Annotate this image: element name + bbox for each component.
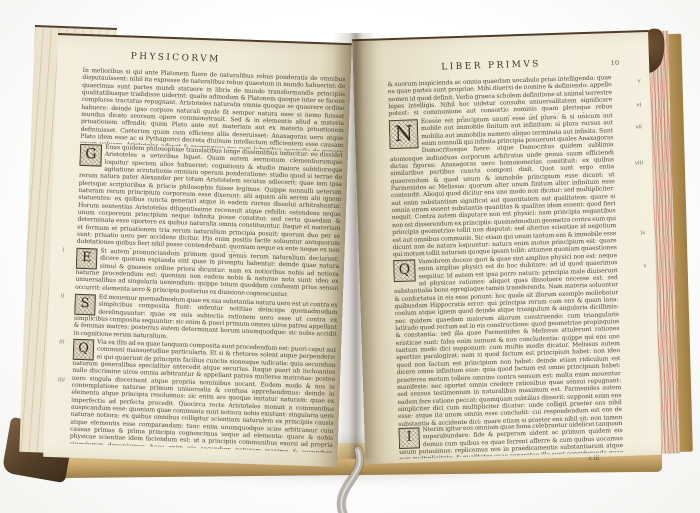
margin-mark: ix <box>640 230 645 236</box>
margin-mark: iii <box>59 339 64 345</box>
drop-cap-initial: N <box>389 119 419 149</box>
body-paragraph: NEcesse est principium unum esse uel plu… <box>389 112 617 259</box>
margin-mark: vi <box>636 102 641 108</box>
drop-cap-initial: G <box>79 144 102 167</box>
drop-cap-initial: Q <box>393 259 416 282</box>
drop-cap-initial: S <box>74 294 96 316</box>
margin-mark: i <box>62 247 64 253</box>
margin-mark: viii <box>635 160 644 166</box>
running-head-left: PHYSICORVM <box>5 47 346 69</box>
drop-cap-initial: I <box>398 427 420 449</box>
book-photograph: PHYSICORVM In melioribus si qui ante Pla… <box>0 0 700 513</box>
body-paragraph: QVamobrem docere quot & quae sint ampliu… <box>393 252 622 427</box>
margin-mark: ii <box>61 293 65 299</box>
body-paragraph: In melioribus si qui ante Platonem fuere… <box>80 67 345 152</box>
right-text-block: 10 LIBER PRIMVS & suorum inspicienda ac … <box>387 57 624 468</box>
left-page: PHYSICORVM In melioribus si qui ante Pla… <box>43 33 352 467</box>
gutter-fold <box>333 33 377 459</box>
drop-cap-initial: Q <box>73 339 95 361</box>
drop-cap-initial: E <box>76 248 98 270</box>
margin-mark: iiii <box>58 377 65 383</box>
right-page: 10 LIBER PRIMVS & suorum inspicienda ac … <box>352 30 661 464</box>
left-text-block: PHYSICORVM In melioribus si qui ante Pla… <box>70 50 347 453</box>
body-paragraph: QVia ex illis ad ea quae tanquam composi… <box>70 338 337 453</box>
running-head-right: LIBER PRIMVS <box>371 57 611 75</box>
body-paragraph: INterim igitur eos omnium quae fama cele… <box>398 420 623 459</box>
folio-number: 10 <box>611 59 620 67</box>
margin-mark: x <box>643 263 646 269</box>
margin-mark: vii <box>635 124 642 130</box>
body-paragraph: GEnus quidem philosophiae translatibus l… <box>77 143 343 256</box>
margin-mark: v <box>637 78 640 84</box>
